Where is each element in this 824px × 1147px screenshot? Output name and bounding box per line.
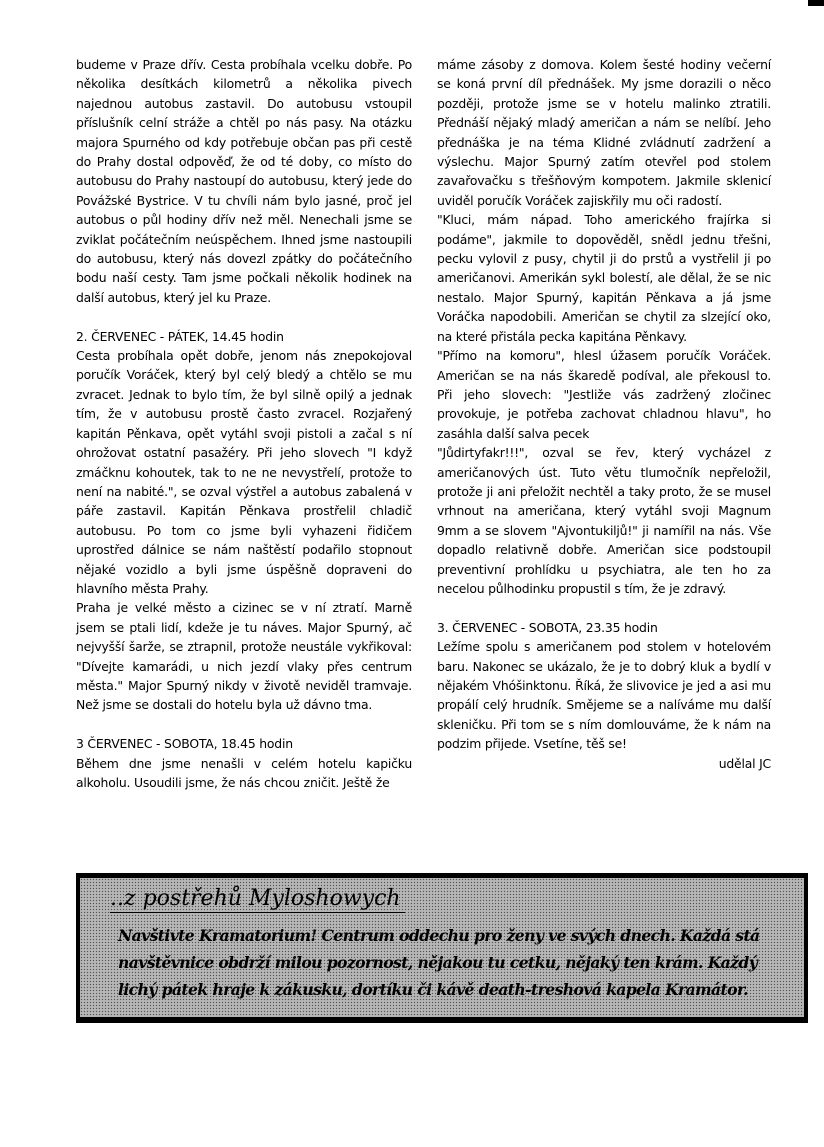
section-3-paragraph-start: Během dne jsme nenašli v celém hotelu ka…	[76, 754, 412, 793]
quote-paragraph-1: "Kluci, mám nápad. Toho amerického frají…	[437, 210, 771, 346]
intro-paragraph: budeme v Praze dřív. Cesta probíhala vce…	[76, 55, 412, 307]
section-2-paragraph-1: Cesta probíhala opět dobře, jenom nás zn…	[76, 346, 412, 598]
section-3-paragraph-continued: máme zásoby z domova. Kolem šesté hodiny…	[437, 55, 771, 210]
author-signature: udělal JC	[437, 754, 771, 773]
quote-paragraph-3: "Jůdirtyfakr!!!", ozval se řev, který vy…	[437, 443, 771, 598]
left-column: budeme v Praze dřív. Cesta probíhala vce…	[76, 55, 412, 792]
section-4-paragraph: Ležíme spolu s američanem pod stolem v h…	[437, 637, 771, 753]
ad-box-line: lichý pátek hraje k zákusku, dortíku či …	[118, 976, 758, 1003]
quote-paragraph-2: "Přímo na komoru", hlesl úžasem poručík …	[437, 346, 771, 443]
section-heading-3-july-1845: 3 ČERVENEC - SOBOTA, 18.45 hodin	[76, 734, 412, 753]
ad-box: ..z postřehů Myloshowych Navštivte Krama…	[76, 873, 808, 1023]
ad-box-text: Navštivte Kramatorium! Centrum oddechu p…	[118, 922, 758, 1003]
ad-box-line: Navštivte Kramatorium! Centrum oddechu p…	[118, 922, 758, 949]
ad-box-line: navštěvnice obdrží milou pozornost, něja…	[118, 949, 758, 976]
section-heading-2-july: 2. ČERVENEC - PÁTEK, 14.45 hodin	[76, 327, 412, 346]
section-2-paragraph-2: Praha je velké město a cizinec se v ní z…	[76, 598, 412, 714]
section-heading-3-july-2335: 3. ČERVENEC - SOBOTA, 23.35 hodin	[437, 618, 771, 637]
ad-box-title: ..z postřehů Myloshowych	[110, 886, 405, 913]
scan-corner-mark	[808, 0, 824, 6]
right-column: máme zásoby z domova. Kolem šesté hodiny…	[437, 55, 771, 773]
